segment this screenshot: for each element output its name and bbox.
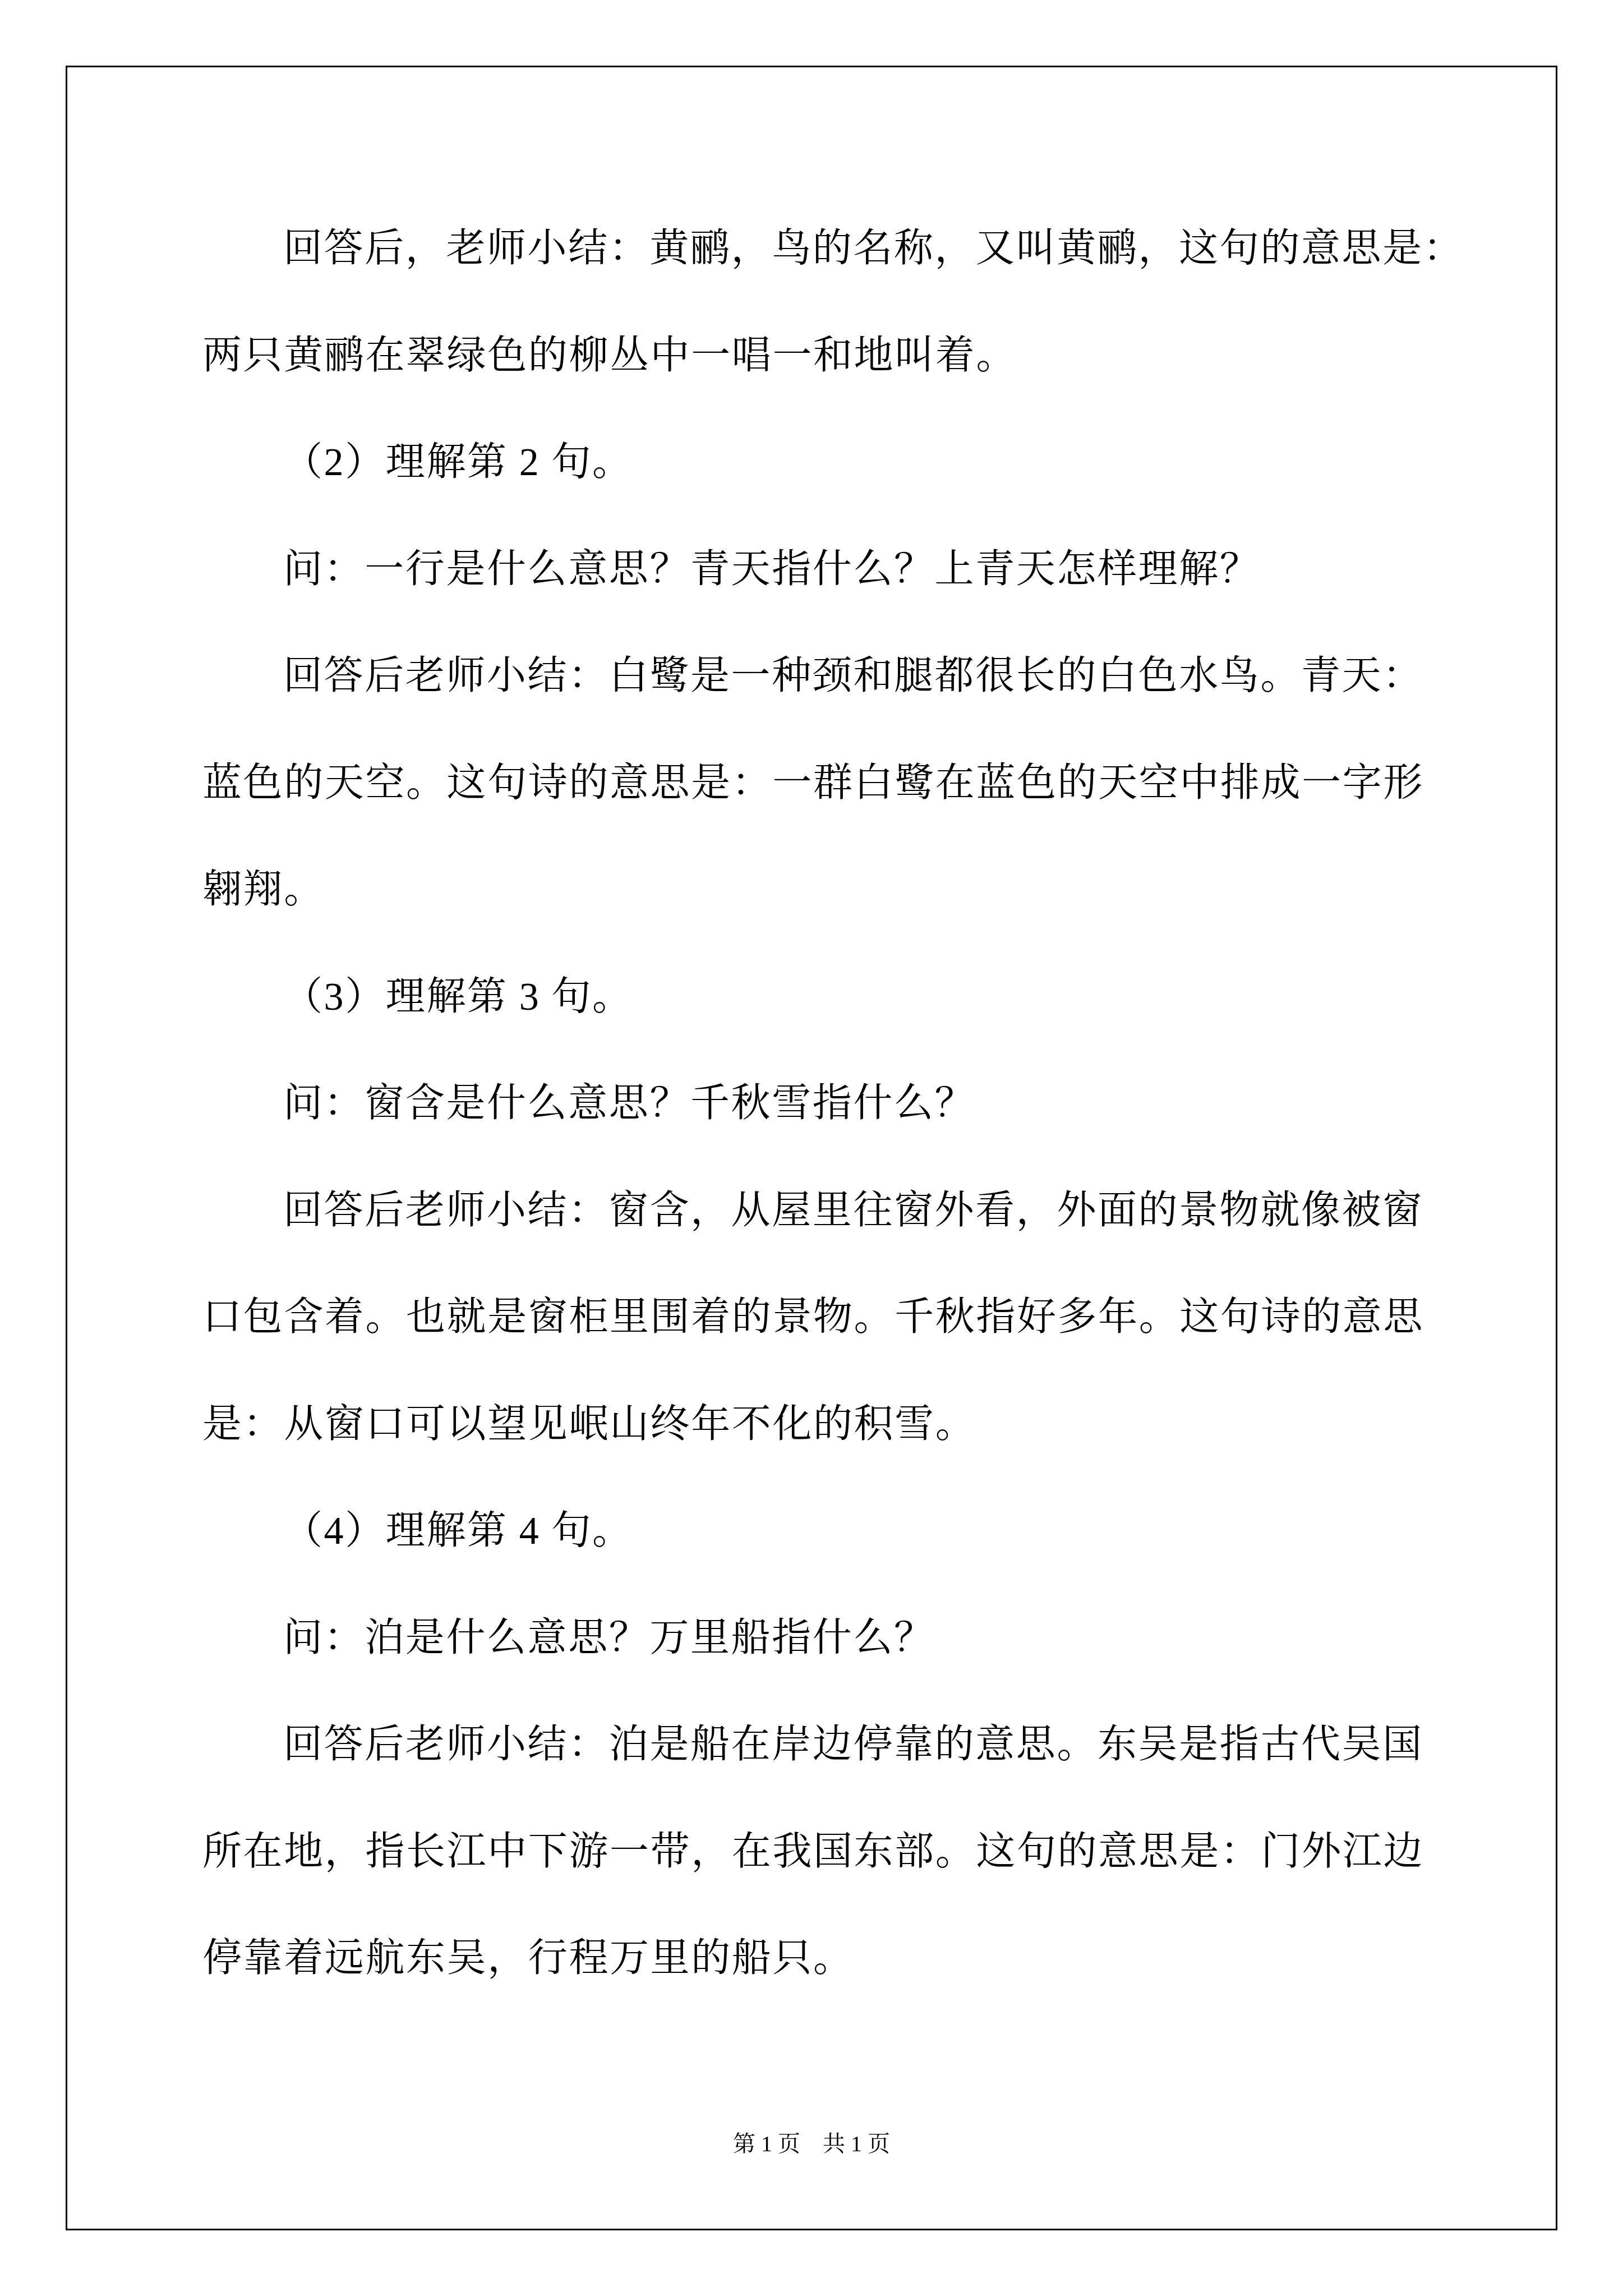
section-heading: （2）理解第 2 句。 [283,409,633,516]
paragraph-line: 蓝色的天空。这句诗的意思是：一群白鹭在蓝色的天空中排成一字形 [202,730,1424,837]
question-line: 问：窗含是什么意思？千秋雪指什么？ [283,1051,975,1157]
paragraph-line: 所在地，指长江中下游一带，在我国东部。这句的意思是：门外江边 [202,1799,1424,1906]
paragraph-line: 回答后老师小结：窗含，从屋里往窗外看，外面的景物就像被窗 [283,1158,1423,1264]
paragraph-line: 翱翔。 [202,837,325,944]
paragraph-line: 停靠着远航东吴，行程万里的船只。 [202,1906,854,2012]
section-heading: （4）理解第 4 句。 [283,1478,633,1585]
paragraph-line: 回答后老师小结：泊是船在岸边停靠的意思。东吴是指古代吴国 [283,1692,1423,1798]
paragraph-line: 回答后老师小结：白鹭是一种颈和腿都很长的白色水鸟。青天： [283,623,1423,730]
section-heading: （3）理解第 3 句。 [283,944,633,1051]
paragraph-line: 回答后，老师小结：黄鹂，鸟的名称，又叫黄鹂，这句的意思是： [283,196,1464,302]
paragraph-line: 两只黄鹂在翠绿色的柳丛中一唱一和地叫着。 [202,303,1017,409]
question-line: 问：一行是什么意思？青天指什么？上青天怎样理解？ [283,517,1260,623]
page-number-footer: 第 1 页 共 1 页 [0,2129,1623,2159]
question-line: 问：泊是什么意思？万里船指什么？ [283,1585,935,1692]
paragraph-line: 是：从窗口可以望见岷山终年不化的积雪。 [202,1372,976,1478]
paragraph-line: 口包含着。也就是窗柜里围着的景物。千秋指好多年。这句诗的意思 [202,1264,1424,1371]
